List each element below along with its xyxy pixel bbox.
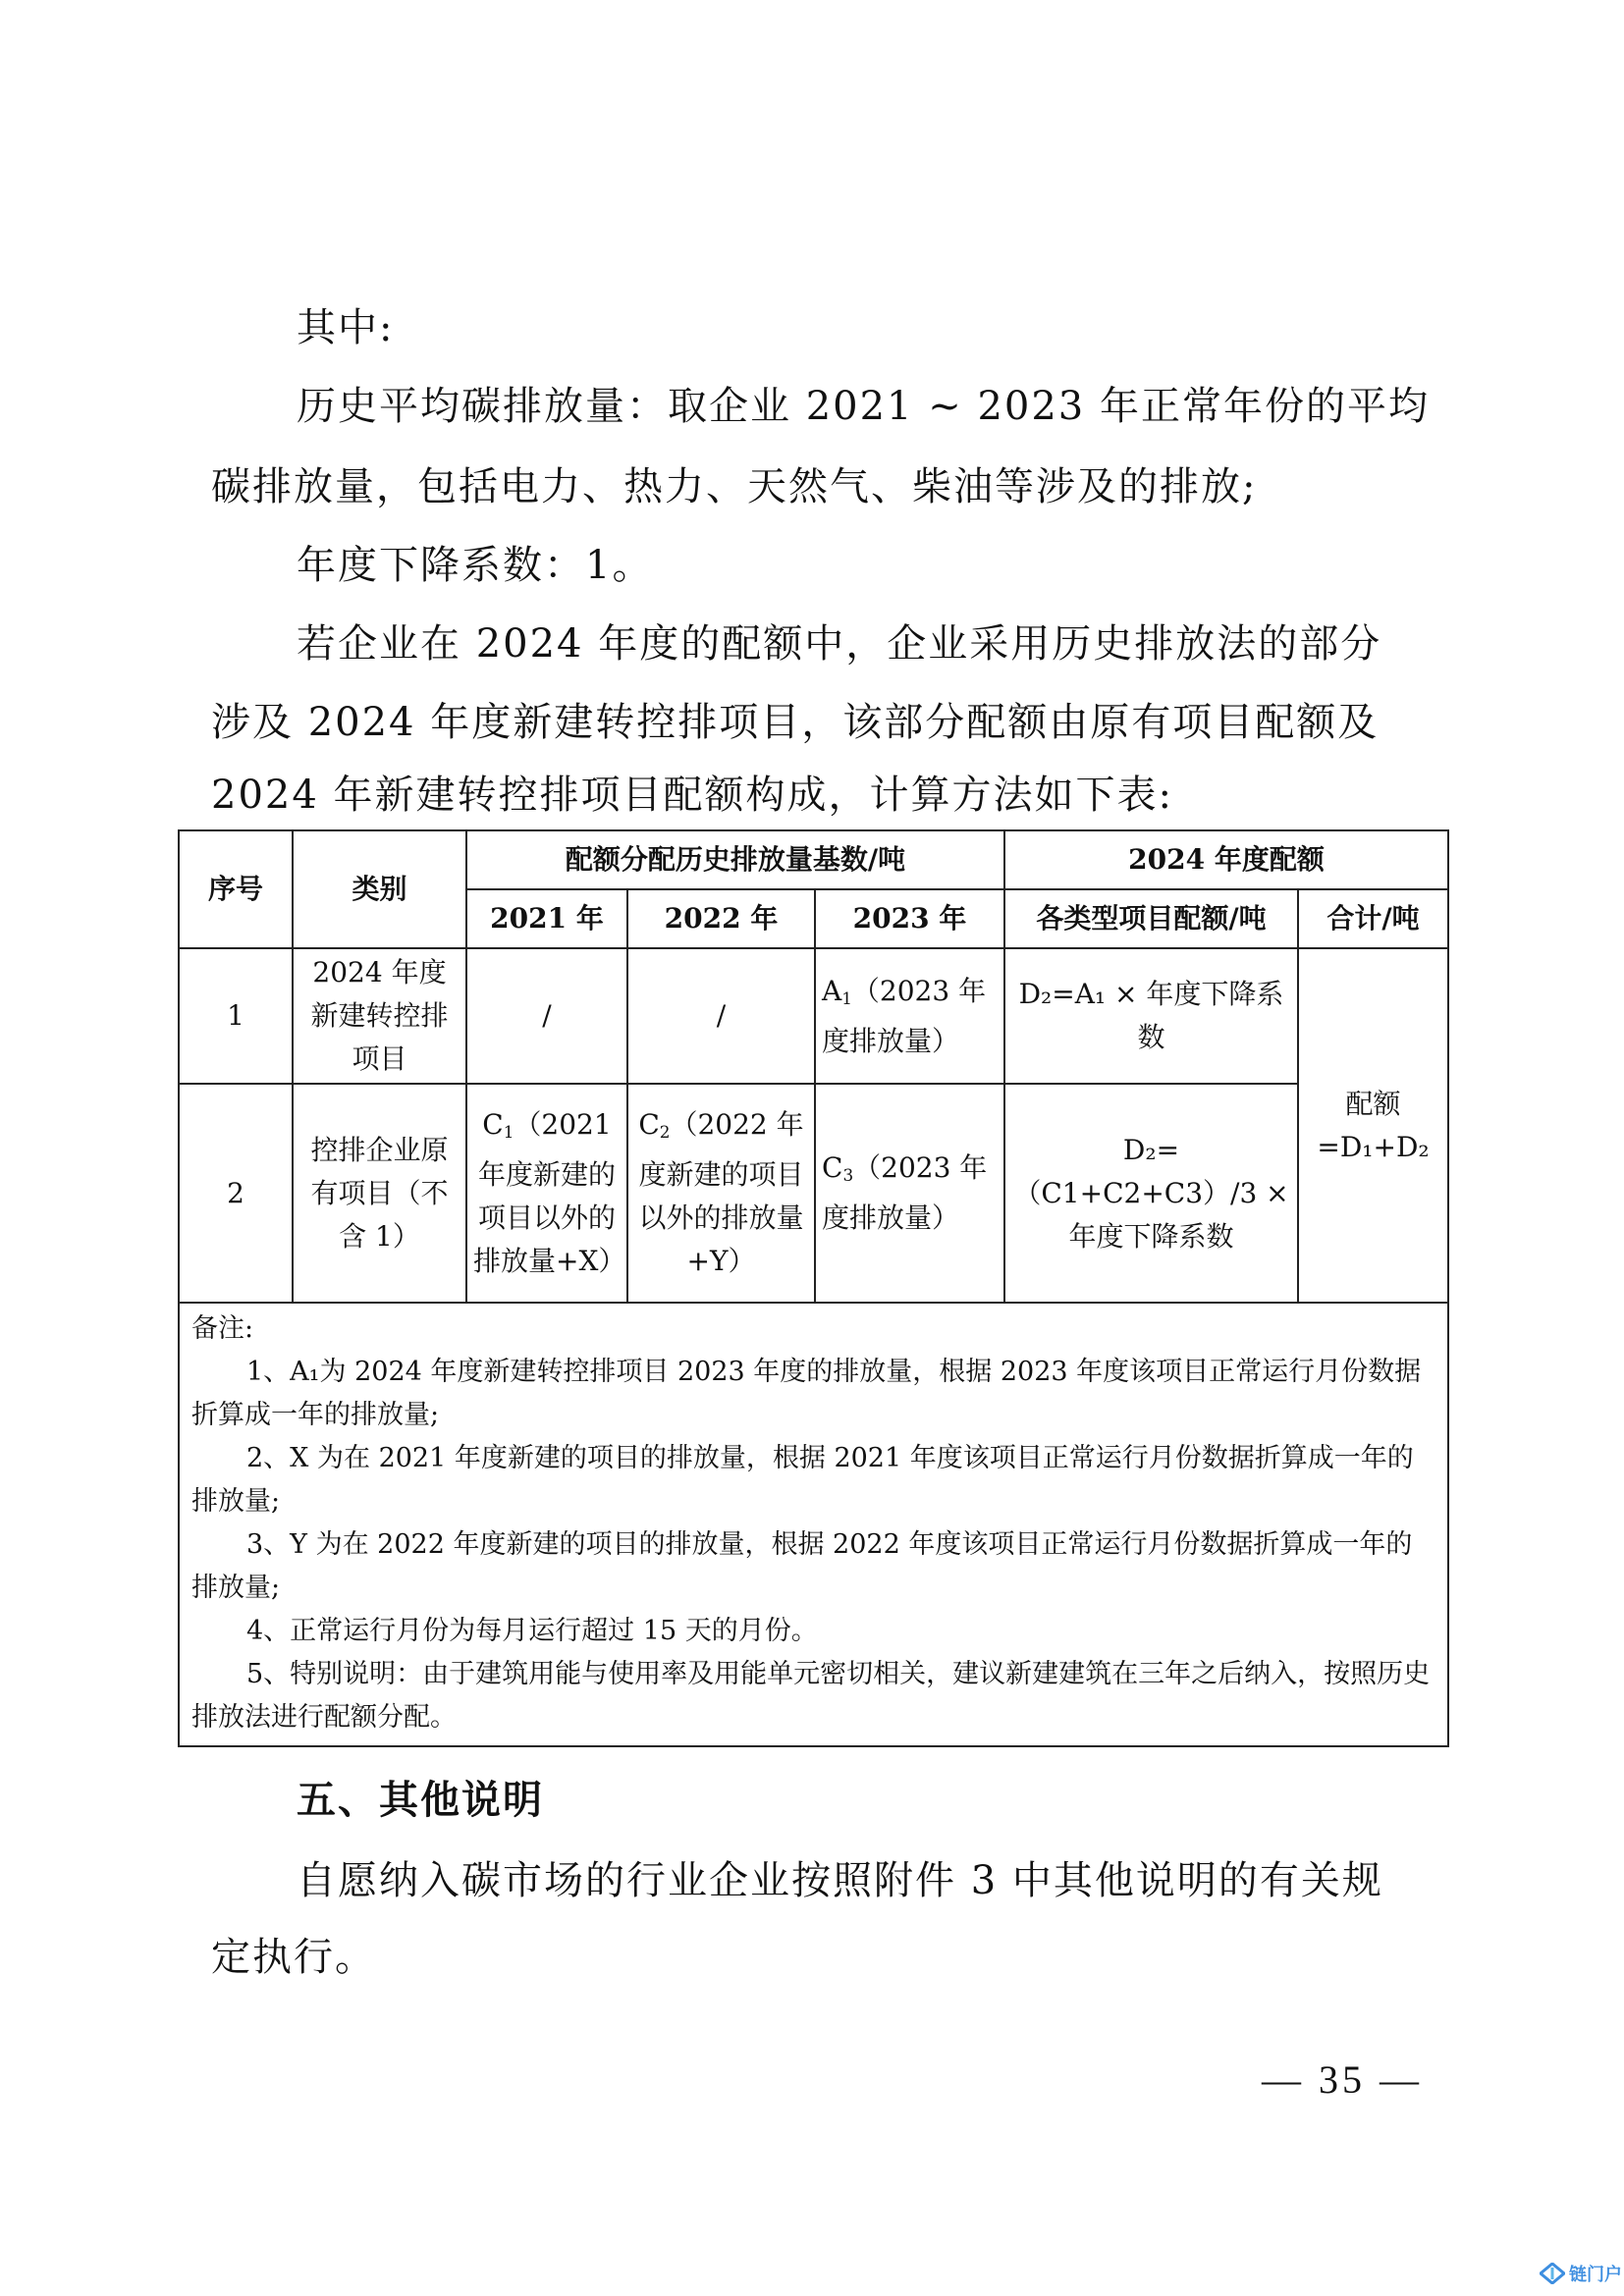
section-heading: 五、其他说明 (297, 1781, 544, 1820)
notes-row: 备注: 1、A₁为 2024 年度新建转控排项目 2023 年度的排放量，根据 … (179, 1303, 1448, 1746)
notes-title: 备注: (191, 1308, 1437, 1351)
header-per-type: 各类型项目配额/吨 (1004, 889, 1298, 948)
header-seq: 序号 (179, 830, 293, 948)
cell-2022: / (627, 948, 815, 1084)
intro-line-2b: 碳排放量，包括电力、热力、天然气、柴油等涉及的排放; (211, 467, 1257, 507)
header-category: 类别 (293, 830, 466, 948)
cell-text: （2023 年度排放量） (822, 975, 986, 1057)
cell-2021: / (466, 948, 627, 1084)
intro-line-1: 其中: (297, 308, 394, 347)
note-item: 1、A₁为 2024 年度新建转控排项目 2023 年度的排放量，根据 2023… (191, 1351, 1437, 1437)
cell-2023: C3（2023 年度排放量） (815, 1084, 1004, 1303)
intro-line-4c: 2024 年新建转控排项目配额构成，计算方法如下表: (211, 775, 1173, 815)
symbol: C (822, 1151, 842, 1184)
symbol: A (822, 975, 841, 1007)
watermark-text: 链门户 (1569, 2261, 1622, 2286)
intro-line-4b: 涉及 2024 年度新建转控排项目，该部分配额由原有项目配额及 (211, 703, 1379, 742)
intro-line-2a: 历史平均碳排放量：取企业 2021 ~ 2023 年正常年份的平均 (297, 387, 1430, 426)
cell-total: 配额 =D₁+D₂ (1298, 948, 1448, 1303)
cell-category: 控排企业原有项目（不含 1） (293, 1084, 466, 1303)
note-item: 2、X 为在 2021 年度新建的项目的排放量，根据 2021 年度该项目正常运… (191, 1437, 1437, 1523)
header-2021: 2021 年 (466, 889, 627, 948)
header-history-group: 配额分配历史排放量基数/吨 (466, 830, 1004, 889)
cell-2021: C1（2021 年度新建的项目以外的排放量+X） (466, 1084, 627, 1303)
header-2023: 2023 年 (815, 889, 1004, 948)
note-item: 4、正常运行月份为每月运行超过 15 天的月份。 (191, 1610, 1437, 1653)
cell-formula: D₂=A₁ × 年度下降系数 (1004, 948, 1298, 1084)
intro-line-3: 年度下降系数：1。 (297, 546, 653, 585)
table-row: 2 控排企业原有项目（不含 1） C1（2021 年度新建的项目以外的排放量+X… (179, 1084, 1448, 1303)
page-number: — 35 — (1262, 2056, 1423, 2103)
header-alloc-group: 2024 年度配额 (1004, 830, 1448, 889)
header-total: 合计/吨 (1298, 889, 1448, 948)
cell-2023: A1（2023 年度排放量） (815, 948, 1004, 1084)
cell-2022: C2（2022 年度新建的项目以外的排放量+Y） (627, 1084, 815, 1303)
symbol-subscript: 1 (504, 1122, 514, 1142)
table-row: 1 2024 年度新建转控排项目 / / A1（2023 年度排放量） D₂=A… (179, 948, 1448, 1084)
note-item: 5、特别说明：由于建筑用能与使用率及用能单元密切相关，建议新建建筑在三年之后纳入… (191, 1653, 1437, 1739)
watermark-logo-icon (1540, 2263, 1565, 2284)
header-2022: 2022 年 (627, 889, 815, 948)
cell-seq: 1 (179, 948, 293, 1084)
section-line-1: 自愿纳入碳市场的行业企业按照附件 3 中其他说明的有关规 (297, 1861, 1383, 1900)
symbol-subscript: 3 (842, 1165, 853, 1185)
symbol-subscript: 2 (660, 1122, 671, 1142)
cell-formula: D₂=（C1+C2+C3）/3 × 年度下降系数 (1004, 1084, 1298, 1303)
allocation-table: 序号 类别 配额分配历史排放量基数/吨 2024 年度配额 2021 年 202… (178, 829, 1449, 1747)
symbol: C (638, 1108, 659, 1141)
note-item: 3、Y 为在 2022 年度新建的项目的排放量，根据 2022 年度该项目正常运… (191, 1523, 1437, 1610)
symbol-subscript: 1 (841, 988, 852, 1008)
section-line-2: 定执行。 (211, 1938, 376, 1977)
intro-line-4a: 若企业在 2024 年度的配额中，企业采用历史排放法的部分 (297, 624, 1381, 664)
cell-text: （2023 年度排放量） (822, 1151, 987, 1234)
symbol: C (482, 1108, 503, 1141)
cell-category: 2024 年度新建转控排项目 (293, 948, 466, 1084)
cell-seq: 2 (179, 1084, 293, 1303)
notes-cell: 备注: 1、A₁为 2024 年度新建转控排项目 2023 年度的排放量，根据 … (179, 1303, 1448, 1746)
watermark: 链门户 (1540, 2261, 1622, 2286)
